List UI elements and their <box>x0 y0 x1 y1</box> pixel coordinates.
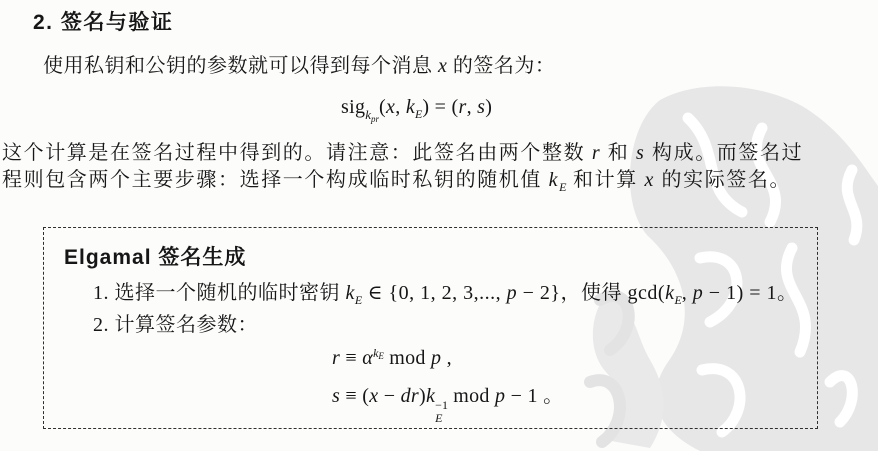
formula-sig-sub-pr: pr <box>371 114 379 124</box>
formula-r-mod: mod <box>384 347 431 369</box>
step2-number: 2. <box>93 314 109 336</box>
formula-r-tail: , <box>441 347 452 369</box>
formula-r: r ≡ αkE mod p , <box>332 347 452 370</box>
paragraph-intro-tail: 的签名为： <box>447 55 555 77</box>
paragraph-intro-text: 使用私钥和公钥的参数就可以得到每个消息 <box>43 55 438 77</box>
formula-sig-fn: sig <box>341 96 365 118</box>
var-x: x <box>438 55 447 77</box>
formula-s-k-sub: E <box>435 412 442 425</box>
note-line2-text-c: 的实际签名。 <box>655 169 791 191</box>
step1-text-c: − 2}，使得 gcd( <box>517 282 665 304</box>
step2-text: 计算签名参数： <box>109 314 258 336</box>
section-heading: 2. 签名与验证 <box>33 9 173 36</box>
formula-r-lhs: r <box>332 347 340 369</box>
formula-sig-equals: = <box>429 96 451 118</box>
formula-sig-var-r: r <box>458 96 466 118</box>
step1-var-k2-sub: E <box>674 293 681 307</box>
formula-sig-rhs-comma: , <box>467 96 478 118</box>
scanned-book-page: 2. 签名与验证 使用私钥和公钥的参数就可以得到每个消息 x 的签名为： sig… <box>0 0 878 451</box>
step1-var-k: k <box>346 282 355 304</box>
formula-sig-comma: , <box>395 96 406 118</box>
formula-sig-rhs-close: ) <box>485 96 492 118</box>
note-line2-text-b: 和计算 <box>566 169 644 191</box>
formula-s-d: d <box>401 385 411 407</box>
step1-var-p2: p <box>693 282 704 304</box>
formula-r-equiv: ≡ <box>340 347 362 369</box>
step1-var-p: p <box>507 282 518 304</box>
var-kE: k <box>549 169 559 191</box>
note-line1-text-c: 构成。而签名过 <box>645 142 803 164</box>
algorithm-box: Elgamal 签名生成 1. 选择一个随机的临时密钥 kE ∈ {0, 1, … <box>43 227 818 429</box>
var-r: r <box>592 142 601 164</box>
formula-s-minus: − <box>378 385 400 407</box>
step1-text-d: , <box>682 282 693 304</box>
formula-s-equiv: ≡ ( <box>340 385 369 407</box>
formula-s-tail: − 1 。 <box>505 385 563 407</box>
formula-s-p: p <box>495 385 505 407</box>
formula-s-close-paren: ) <box>419 385 426 407</box>
note-line1-text-b: 和 <box>601 142 636 164</box>
algorithm-step-1: 1. 选择一个随机的临时密钥 kE ∈ {0, 1, 2, 3,..., p −… <box>93 280 798 306</box>
formula-sig-open-paren: ( <box>379 96 386 118</box>
var-s: s <box>636 142 645 164</box>
formula-s-k-sup: −1 <box>435 399 448 412</box>
formula-s-r: r <box>411 385 419 407</box>
formula-s-lhs: s <box>332 385 340 407</box>
note-line2-text-a: 程则包含两个主要步骤：选择一个构成临时私钥的随机值 <box>2 169 549 191</box>
formula-s: s ≡ (x − dr)k−1E mod p − 1 。 <box>332 379 563 424</box>
formula-sig-var-x: x <box>386 96 395 118</box>
algorithm-step-2: 2. 计算签名参数： <box>93 312 258 338</box>
formula-s-mod: mod <box>448 385 495 407</box>
paragraph-note-line2: 程则包含两个主要步骤：选择一个构成临时私钥的随机值 kE 和计算 x 的实际签名… <box>2 167 791 193</box>
formula-s-k-supsub: −1E <box>435 399 448 424</box>
formula-s-k: k <box>426 385 435 407</box>
var-x2: x <box>644 169 654 191</box>
formula-r-p: p <box>431 347 441 369</box>
formula-r-alpha: α <box>362 347 373 369</box>
step1-text-e: − 1) = 1。 <box>703 282 797 304</box>
step1-text-b: ∈ {0, 1, 2, 3,..., <box>362 282 506 304</box>
note-line1-text-a: 这个计算是在签名过程中得到的。请注意：此签名由两个整数 <box>2 142 592 164</box>
step1-number: 1. <box>93 282 109 304</box>
formula-signature: sigkpr(x, kE) = (r, s) <box>341 94 492 120</box>
paragraph-note-line1: 这个计算是在签名过程中得到的。请注意：此签名由两个整数 r 和 s 构成。而签名… <box>2 140 803 166</box>
algorithm-box-title: Elgamal 签名生成 <box>64 241 246 271</box>
formula-sig-subscript: kpr <box>365 107 379 122</box>
step1-text-a: 选择一个随机的临时密钥 <box>109 282 346 304</box>
paragraph-intro: 使用私钥和公钥的参数就可以得到每个消息 x 的签名为： <box>43 53 555 79</box>
page-content: 2. 签名与验证 使用私钥和公钥的参数就可以得到每个消息 x 的签名为： sig… <box>0 0 878 451</box>
formula-sig-var-k: k <box>406 96 415 118</box>
